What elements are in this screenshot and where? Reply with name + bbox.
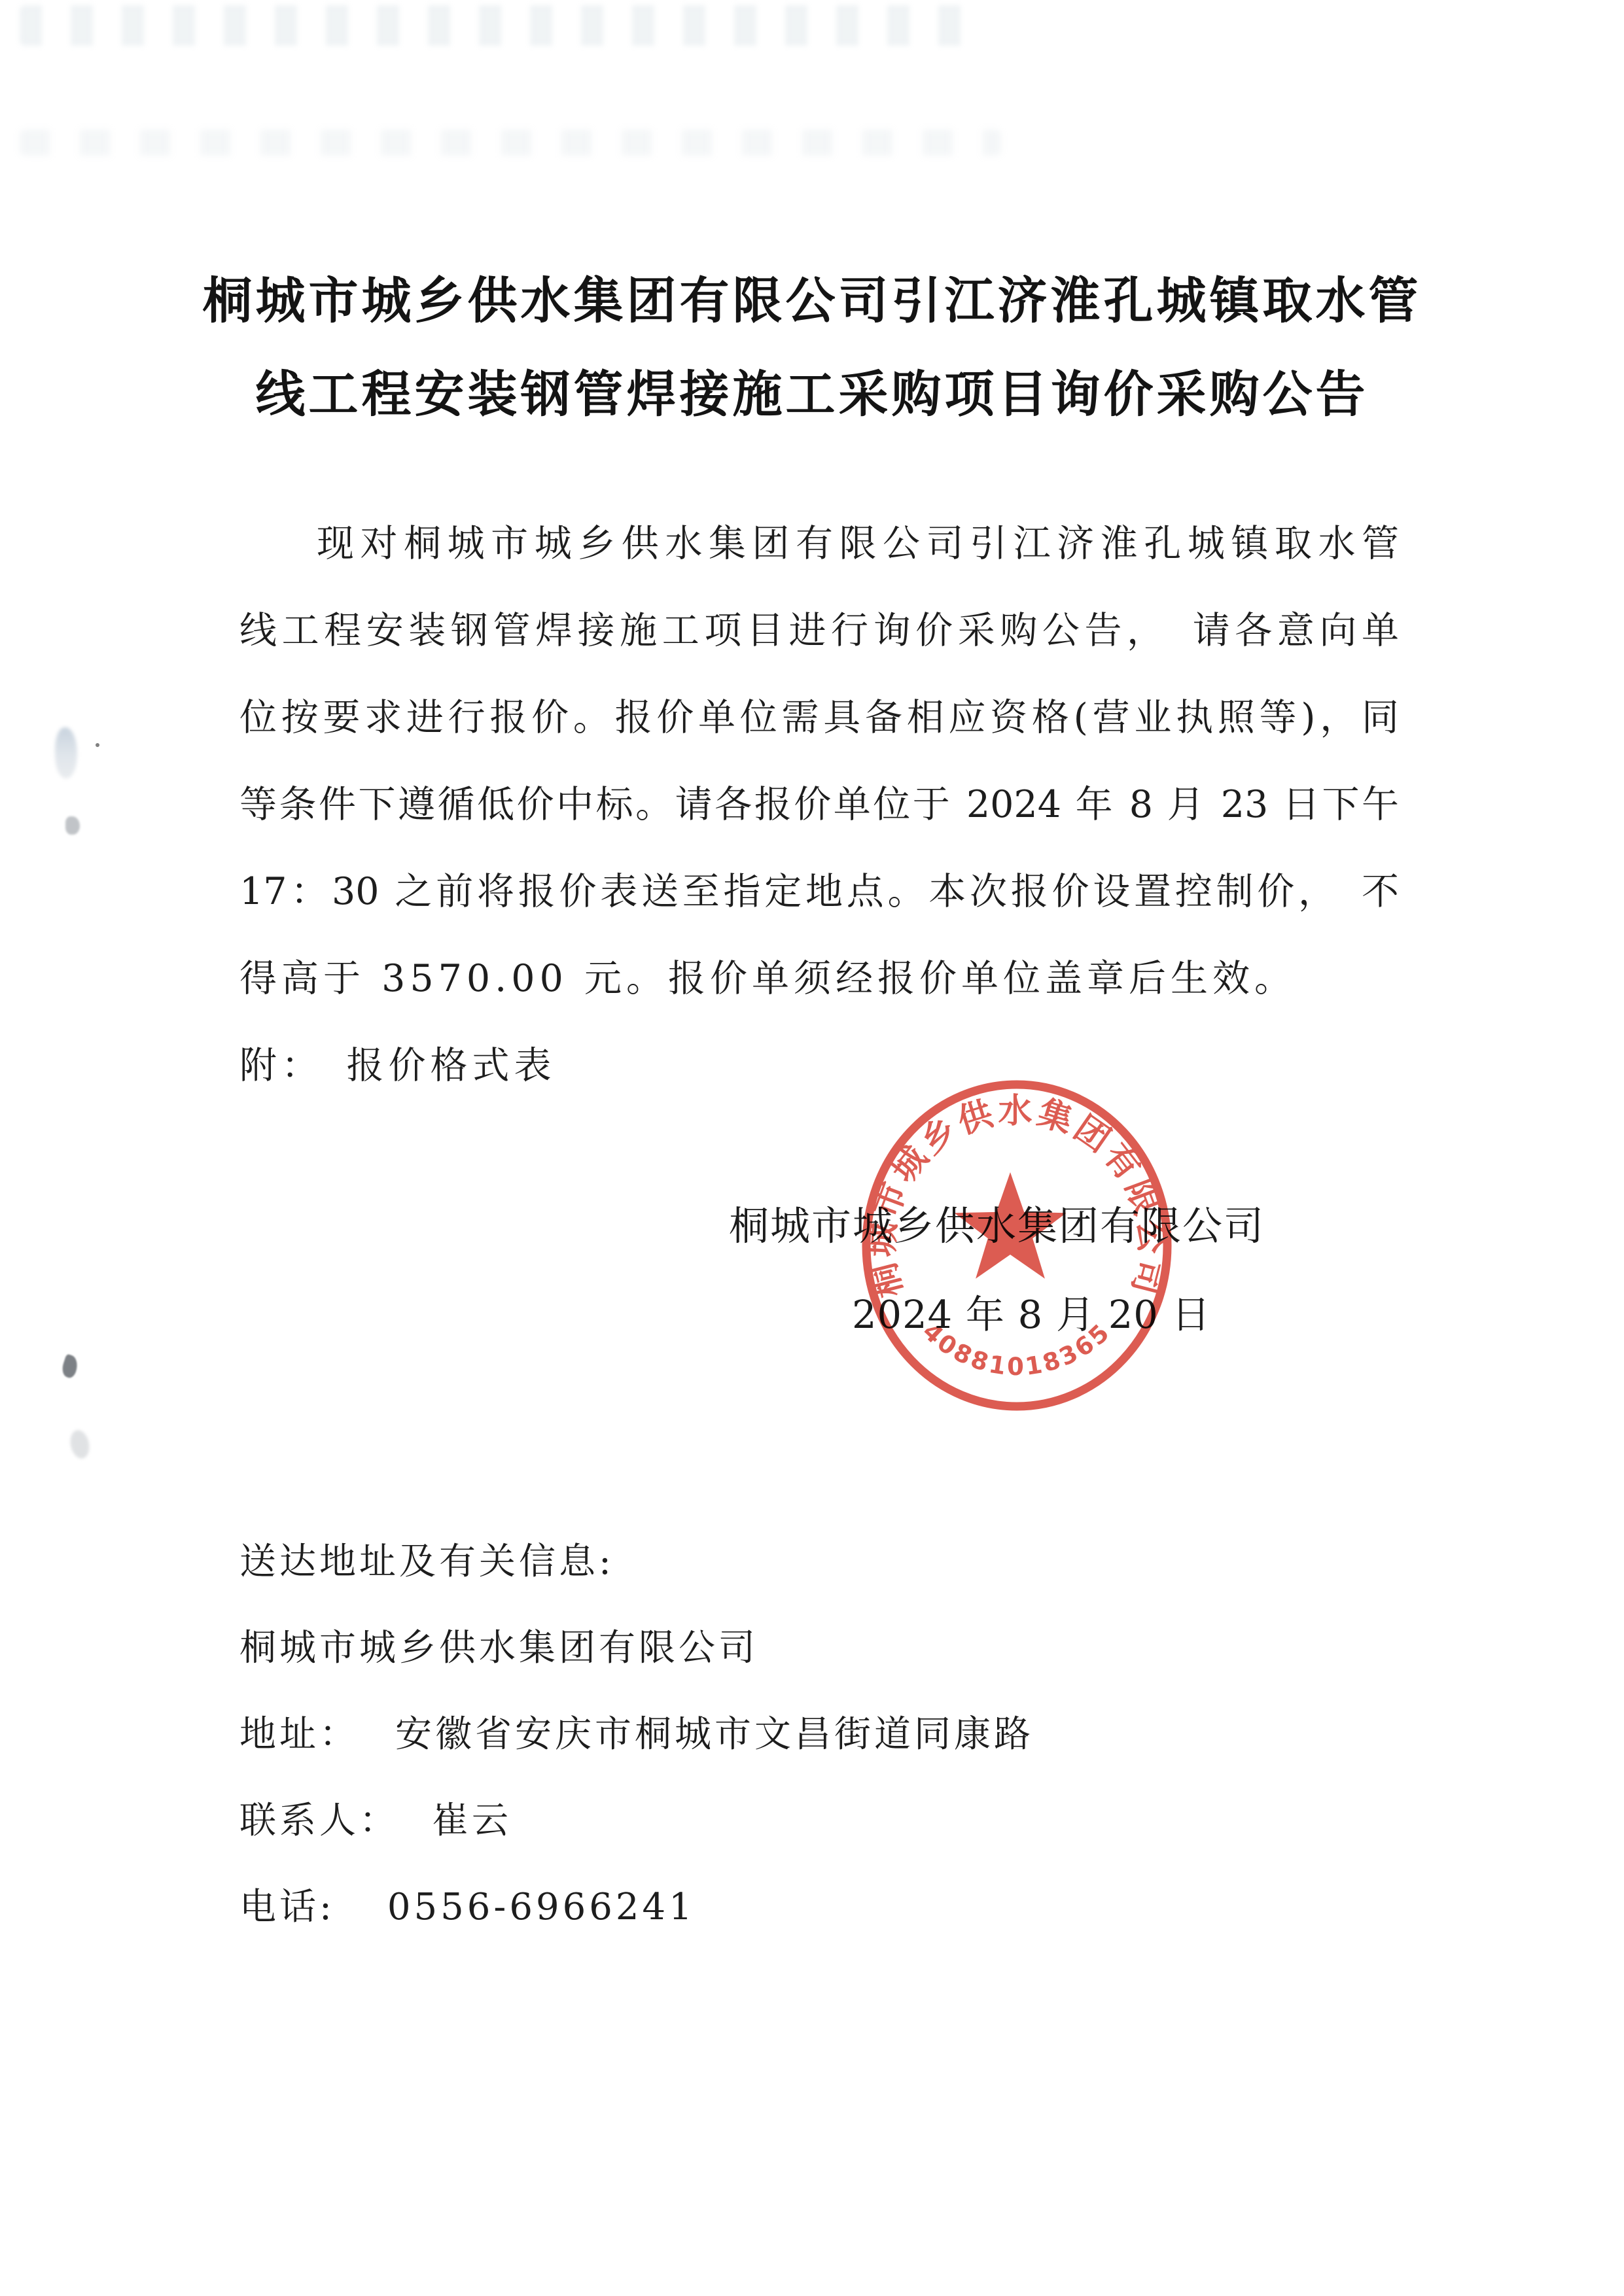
body-line: 位按要求进行报价。报价单位需具备相应资格(营业执照等)，同 xyxy=(239,674,1399,761)
contact-heading: 送达地址及有关信息: xyxy=(239,1519,1417,1605)
signature-date: 2024 年 8 月 20 日 xyxy=(852,1283,1211,1339)
scan-smudge-artifact xyxy=(60,1353,80,1379)
address-label: 地址： xyxy=(239,1713,359,1756)
scan-speck-artifact xyxy=(96,743,99,747)
body-line: 等条件下遵循低价中标。请各报价单位于 2024 年 8 月 23 日下午 xyxy=(239,761,1399,848)
scan-ghost-artifact xyxy=(20,5,968,46)
body-line: 得高于 3570.00 元。报价单须经报价单位盖章后生效。 xyxy=(239,935,1399,1022)
contact-phone-line: 电话:0556-6966241 xyxy=(239,1864,1417,1951)
announcement-body: 现对桐城市城乡供水集团有限公司引江济淮孔城镇取水管 线工程安装钢管焊接施工项目进… xyxy=(239,500,1399,1109)
scan-smudge-artifact xyxy=(65,816,80,835)
document-title: 桐城市城乡供水集团有限公司引江济淮孔城镇取水管 线工程安装钢管焊接施工采购项目询… xyxy=(0,254,1624,441)
document-page: 桐城市城乡供水集团有限公司引江济淮孔城镇取水管 线工程安装钢管焊接施工采购项目询… xyxy=(0,0,1624,2296)
scan-smudge-artifact xyxy=(68,1429,92,1461)
body-line: 线工程安装钢管焊接施工项目进行询价采购公告， 请各意向单 xyxy=(239,587,1399,674)
phone-label: 电话: xyxy=(239,1886,335,1928)
scan-smudge-artifact xyxy=(55,727,77,778)
contact-company: 桐城市城乡供水集团有限公司 xyxy=(239,1605,1417,1692)
signature-company: 桐城市城乡供水集团有限公司 xyxy=(729,1194,1265,1251)
scan-ghost-artifact xyxy=(20,130,1001,156)
address-value: 安徽省安庆市桐城市文昌街道同康路 xyxy=(395,1713,1034,1756)
contact-person-name: 崔云 xyxy=(432,1800,512,1842)
contact-info-block: 送达地址及有关信息: 桐城市城乡供水集团有限公司 地址：安徽省安庆市桐城市文昌街… xyxy=(239,1519,1417,1951)
contact-address-line: 地址：安徽省安庆市桐城市文昌街道同康路 xyxy=(239,1692,1417,1778)
contact-person-line: 联系人：崔云 xyxy=(239,1778,1417,1864)
phone-number: 0556-6966241 xyxy=(387,1886,696,1928)
contact-person-label: 联系人： xyxy=(239,1800,399,1842)
body-line: 17：30 之前将报价表送至指定地点。本次报价设置控制价， 不 xyxy=(239,848,1399,935)
body-line: 现对桐城市城乡供水集团有限公司引江济淮孔城镇取水管 xyxy=(239,500,1399,587)
title-line-1: 桐城市城乡供水集团有限公司引江济淮孔城镇取水管 xyxy=(0,254,1624,347)
attachment-note: 附： 报价格式表 xyxy=(239,1022,1399,1109)
title-line-2: 线工程安装钢管焊接施工采购项目询价采购公告 xyxy=(0,347,1624,441)
